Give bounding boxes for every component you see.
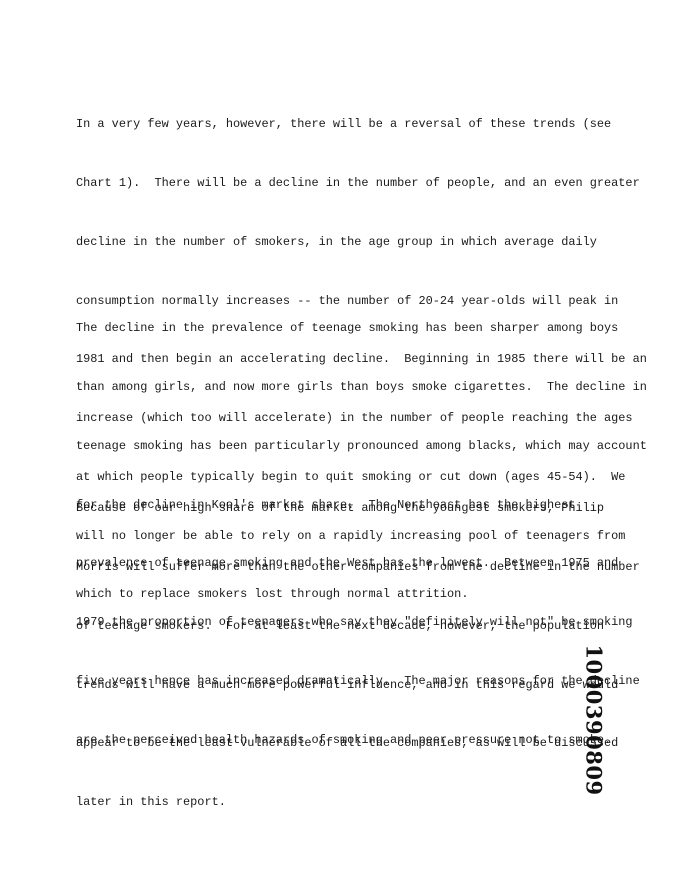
document-page: In a very few years, however, there will… (0, 0, 675, 869)
bates-number: 1000390809 (582, 644, 607, 795)
text-line: decline in the number of smokers, in the… (76, 233, 647, 253)
text-line: than among girls, and now more girls tha… (76, 378, 647, 398)
text-line: teenage smoking has been particularly pr… (76, 437, 647, 457)
text-line: In a very few years, however, there will… (76, 115, 647, 135)
text-line: appear to be the least vulnerable of all… (76, 734, 640, 754)
paragraph-philip-morris-impact: Because of our high share of the market … (76, 460, 640, 852)
text-line: Morris will suffer more than the other c… (76, 558, 640, 578)
text-line: Chart 1). There will be a decline in the… (76, 174, 647, 194)
text-line: of teenage smokers. For at least the nex… (76, 617, 640, 637)
text-line: Because of our high share of the market … (76, 499, 640, 519)
text-line: The decline in the prevalence of teenage… (76, 319, 647, 339)
text-line: later in this report. (76, 793, 640, 813)
text-line: trends will have a much more powerful in… (76, 676, 640, 696)
